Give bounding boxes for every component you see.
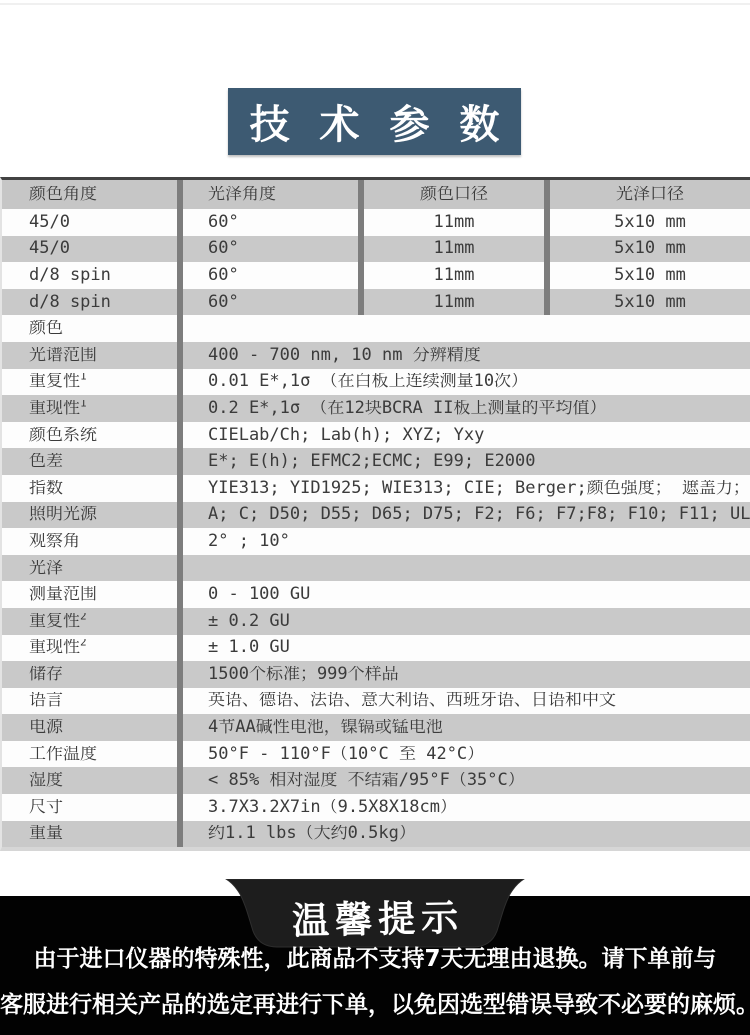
spec-value: 0.2 E*,1σ （在12块BCRA II板上测量的平均值）: [183, 400, 750, 417]
angle-row: 45/060°11mm5x10 mm: [2, 236, 750, 263]
spec-table: 颜色角度光泽角度颜色口径光泽口径45/060°11mm5x10 mm45/060…: [0, 177, 750, 851]
spec-label: 色差: [2, 453, 177, 470]
angle-cell: 11mm: [364, 240, 544, 257]
spec-row: 重现性2± 1.0 GU: [2, 635, 750, 662]
spec-label: 照明光源: [2, 506, 177, 523]
angle-cell: 5x10 mm: [550, 240, 750, 257]
angle-cell: 45/0: [2, 240, 177, 257]
spec-value: YIE313; YID1925; WIE313; CIE; Berger;颜色强…: [183, 480, 750, 497]
angle-row: 45/060°11mm5x10 mm: [2, 209, 750, 236]
spec-row: 光谱范围400 - 700 nm, 10 nm 分辨精度: [2, 342, 750, 369]
spec-value: ± 0.2 GU: [183, 613, 750, 630]
notice-line-1: 由于进口仪器的特殊性，此商品不支持7天无理由退换。请下单前与: [0, 936, 750, 982]
angle-row: d/8 spin60°11mm5x10 mm: [2, 262, 750, 289]
spec-label: 重复性2: [2, 613, 177, 630]
spec-value: < 85% 相对湿度 不结霜/95°F（35°C）: [183, 772, 750, 789]
spec-row: 测量范围0 - 100 GU: [2, 581, 750, 608]
spec-label: 光谱范围: [2, 347, 177, 364]
spec-row: 照明光源A; C; D50; D55; D65; D75; F2; F6; F7…: [2, 502, 750, 529]
header-cell: 颜色角度: [2, 186, 177, 203]
angle-cell: 60°: [183, 267, 358, 284]
angle-cell: 5x10 mm: [550, 214, 750, 231]
spec-value: 4节AA碱性电池，镍镉或锰电池: [183, 719, 750, 736]
spec-value: ± 1.0 GU: [183, 639, 750, 656]
page-title: 技 术 参 数: [242, 93, 508, 150]
spec-value: 2° ; 10°: [183, 533, 750, 550]
spec-row: 重量约1.1 lbs（大约0.5kg）: [2, 821, 750, 848]
angle-cell: 5x10 mm: [550, 267, 750, 284]
spec-row: 湿度< 85% 相对湿度 不结霜/95°F（35°C）: [2, 767, 750, 794]
spec-label: 指数: [2, 480, 177, 497]
spec-label: 尺寸: [2, 799, 177, 816]
angle-cell: d/8 spin: [2, 294, 177, 311]
spec-value: 1500个标准；999个样品: [183, 666, 750, 683]
spec-value: 英语、德语、法语、意大利语、西班牙语、日语和中文: [183, 692, 750, 709]
spec-row: 重复性2± 0.2 GU: [2, 608, 750, 635]
angle-cell: 60°: [183, 294, 358, 311]
header-cell: 光泽角度: [183, 186, 358, 203]
angle-cell: d/8 spin: [2, 267, 177, 284]
spec-label: 湿度: [2, 772, 177, 789]
spec-value: 50°F - 110°F（10°C 至 42°C）: [183, 746, 750, 763]
spec-label: 重现性1: [2, 400, 177, 417]
spec-value: 约1.1 lbs（大约0.5kg）: [183, 825, 750, 842]
table-header-row: 颜色角度光泽角度颜色口径光泽口径: [2, 180, 750, 209]
spec-label: 测量范围: [2, 586, 177, 603]
angle-cell: 11mm: [364, 267, 544, 284]
spec-label: 语言: [2, 692, 177, 709]
angle-cell: 5x10 mm: [550, 294, 750, 311]
spec-label: 电源: [2, 719, 177, 736]
spec-row: 光泽: [2, 555, 750, 582]
notice-line-2: 客服进行相关产品的选定再进行下单，以免因选型错误导致不必要的麻烦。: [0, 982, 750, 1028]
spec-row: 颜色系统CIELab/Ch; Lab(h); XYZ; Yxy: [2, 422, 750, 449]
spec-row: 重复性10.01 E*,1σ （在白板上连续测量10次）: [2, 369, 750, 396]
spec-label: 观察角: [2, 533, 177, 550]
spec-row: 尺寸3.7X3.2X7in（9.5X8X18cm）: [2, 794, 750, 821]
spec-row: 语言英语、德语、法语、意大利语、西班牙语、日语和中文: [2, 688, 750, 715]
spec-row: 电源4节AA碱性电池，镍镉或锰电池: [2, 714, 750, 741]
spec-value: 400 - 700 nm, 10 nm 分辨精度: [183, 347, 750, 364]
column-divider: [177, 315, 183, 342]
spec-value: CIELab/Ch; Lab(h); XYZ; Yxy: [183, 427, 750, 444]
spec-row: 储存1500个标准；999个样品: [2, 661, 750, 688]
spec-row: 色差E*; E(h); EFMC2;ECMC; E99; E2000: [2, 448, 750, 475]
header-cell: 光泽口径: [550, 186, 750, 203]
spec-value: 3.7X3.2X7in（9.5X8X18cm）: [183, 799, 750, 816]
header-cell: 颜色口径: [364, 186, 544, 203]
title-banner: 技 术 参 数: [228, 88, 521, 155]
spec-row: 重现性10.2 E*,1σ （在12块BCRA II板上测量的平均值）: [2, 395, 750, 422]
spec-label: 储存: [2, 666, 177, 683]
angle-cell: 60°: [183, 214, 358, 231]
spec-row: 工作温度50°F - 110°F（10°C 至 42°C）: [2, 741, 750, 768]
spec-row: 观察角2° ; 10°: [2, 528, 750, 555]
spec-value: 0 - 100 GU: [183, 586, 750, 603]
spec-label: 颜色: [2, 320, 177, 337]
spec-value: 0.01 E*,1σ （在白板上连续测量10次）: [183, 373, 750, 390]
angle-row: d/8 spin60°11mm5x10 mm: [2, 289, 750, 316]
spec-label: 工作温度: [2, 746, 177, 763]
spec-label: 光泽: [2, 560, 177, 577]
notice-text: 由于进口仪器的特殊性，此商品不支持7天无理由退换。请下单前与 客服进行相关产品的…: [0, 936, 750, 1028]
spec-row: 颜色: [2, 315, 750, 342]
spec-label: 颜色系统: [2, 427, 177, 444]
column-divider: [177, 555, 183, 582]
angle-cell: 11mm: [364, 294, 544, 311]
top-hairline: [0, 3, 750, 5]
spec-value: E*; E(h); EFMC2;ECMC; E99; E2000: [183, 453, 750, 470]
spec-label: 重量: [2, 825, 177, 842]
product-spec-page: 技 术 参 数 颜色角度光泽角度颜色口径光泽口径45/060°11mm5x10 …: [0, 0, 750, 1035]
angle-cell: 11mm: [364, 214, 544, 231]
spec-row: 指数YIE313; YID1925; WIE313; CIE; Berger;颜…: [2, 475, 750, 502]
spec-value: A; C; D50; D55; D65; D75; F2; F6; F7;F8;…: [183, 506, 750, 523]
spec-label: 重现性2: [2, 639, 177, 656]
angle-cell: 45/0: [2, 214, 177, 231]
spec-label: 重复性1: [2, 373, 177, 390]
angle-cell: 60°: [183, 240, 358, 257]
